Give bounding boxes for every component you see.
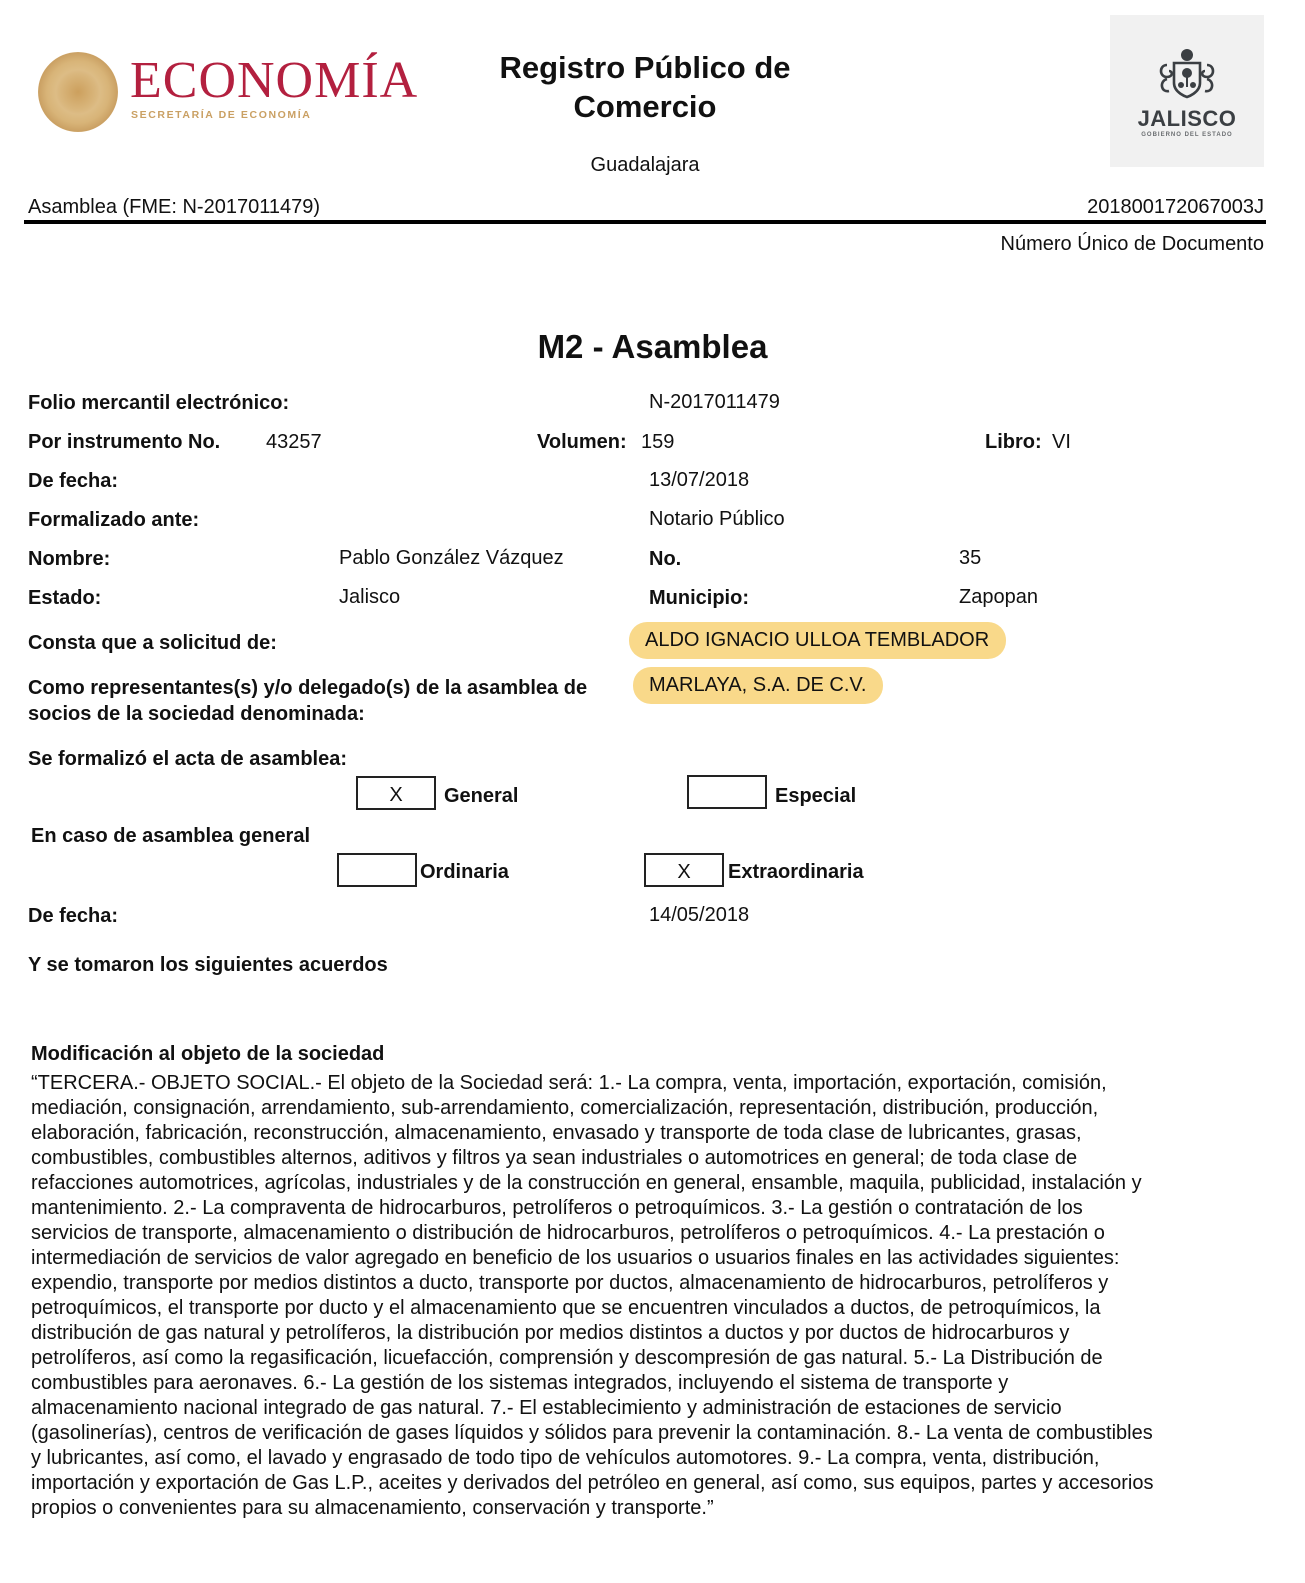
acuerdo-heading: Modificación al objeto de la sociedad <box>31 1043 384 1066</box>
notario-no-value: 35 <box>959 547 981 570</box>
folio-value: N-2017011479 <box>649 391 780 414</box>
instrumento-label: Por instrumento No. <box>28 431 220 454</box>
form-title: M2 - Asamblea <box>0 328 1305 366</box>
general-checkbox[interactable]: X <box>356 776 436 810</box>
jalisco-coat-of-arms-icon <box>1157 43 1217 103</box>
fecha-asamblea-label: De fecha: <box>28 905 118 928</box>
registry-title: Registro Público de Comercio <box>440 48 850 126</box>
estado-label: Estado: <box>28 587 101 610</box>
asamblea-reference: Asamblea (FME: N-2017011479) <box>28 196 320 219</box>
economia-subtitle: SECRETARÍA DE ECONOMÍA <box>131 109 311 121</box>
representantes-label-line2: socios de la sociedad denominada: <box>28 703 365 726</box>
especial-checkbox[interactable] <box>687 775 767 809</box>
volumen-value: 159 <box>641 431 674 454</box>
header-divider <box>24 220 1266 224</box>
economia-wordmark: ECONOMÍA <box>130 55 418 107</box>
acuerdos-label: Y se tomaron los siguientes acuerdos <box>28 954 388 977</box>
estado-value: Jalisco <box>339 586 400 609</box>
jalisco-logo: JALISCO GOBIERNO DEL ESTADO <box>1110 15 1264 167</box>
libro-label: Libro: <box>985 431 1042 454</box>
extraordinaria-option-label: Extraordinaria <box>728 861 864 884</box>
acta-label: Se formalizó el acta de asamblea: <box>28 748 347 771</box>
document-number: 201800172067003J <box>1087 196 1264 219</box>
fecha-label: De fecha: <box>28 470 118 493</box>
general-option-label: General <box>444 785 518 808</box>
fecha-value: 13/07/2018 <box>649 469 749 492</box>
registry-city: Guadalajara <box>440 154 850 177</box>
libro-value: VI <box>1052 431 1071 454</box>
solicitud-value-highlight: ALDO IGNACIO ULLOA TEMBLADOR <box>629 622 1006 659</box>
nombre-label: Nombre: <box>28 548 110 571</box>
ordinaria-checkbox[interactable] <box>337 853 417 887</box>
fecha-asamblea-value: 14/05/2018 <box>649 904 749 927</box>
mexican-coat-of-arms-seal-icon <box>38 52 118 132</box>
extraordinaria-checkbox[interactable]: X <box>644 853 724 887</box>
municipio-label: Municipio: <box>649 587 749 610</box>
general-type-label: En caso de asamblea general <box>31 825 310 848</box>
instrumento-value: 43257 <box>266 431 322 454</box>
notario-no-label: No. <box>649 548 681 571</box>
nombre-value: Pablo González Vázquez <box>339 547 564 570</box>
especial-option-label: Especial <box>775 785 856 808</box>
volumen-label: Volumen: <box>537 431 627 454</box>
ordinaria-option-label: Ordinaria <box>420 861 509 884</box>
document-number-label: Número Único de Documento <box>1001 233 1264 256</box>
solicitud-label: Consta que a solicitud de: <box>28 632 277 655</box>
representantes-label-line1: Como representantes(s) y/o delegado(s) d… <box>28 677 587 700</box>
folio-label: Folio mercantil electrónico: <box>28 392 289 415</box>
formalizado-label: Formalizado ante: <box>28 509 199 532</box>
jalisco-subtitle: GOBIERNO DEL ESTADO <box>1110 132 1264 138</box>
sociedad-value-highlight: MARLAYA, S.A. DE C.V. <box>633 667 883 704</box>
municipio-value: Zapopan <box>959 586 1038 609</box>
acuerdo-body-text: “TERCERA.- OBJETO SOCIAL.- El objeto de … <box>31 1071 1261 1521</box>
formalizado-value: Notario Público <box>649 508 785 531</box>
jalisco-wordmark: JALISCO <box>1110 106 1264 132</box>
